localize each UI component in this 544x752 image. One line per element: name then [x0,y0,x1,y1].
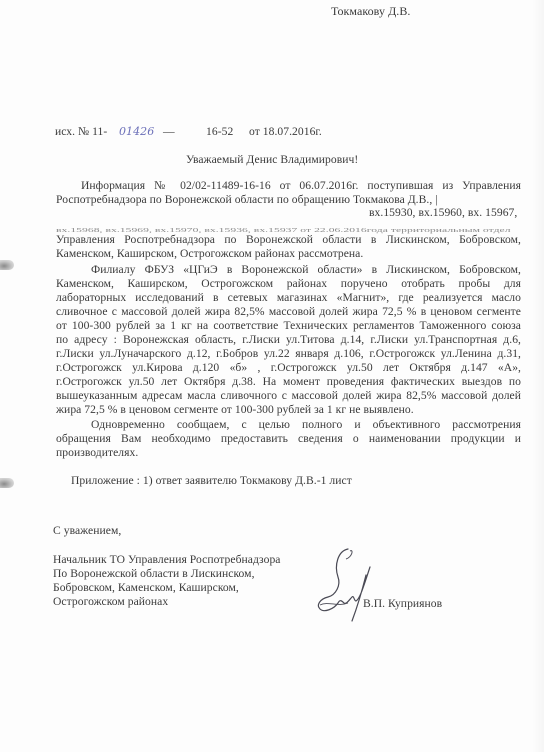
attachment-note: Приложение : 1) ответ заявителю Токмаков… [71,474,352,488]
paragraph-1-line: вх.15968, вх.15969, вх.15970, вх.15936, … [56,220,511,234]
paragraph-2-line: вышеуказанным адресам масла сливочного с… [56,389,521,403]
paragraph-3-line: Одновременно сообщаем, с целью полного и… [91,418,521,432]
paragraph-1-line: вх.15930, вх.15960, вх. 15967, [369,206,517,220]
paragraph-2-line: Филиалу ФБУЗ «ЦГиЭ в Воронежской области… [91,263,521,277]
paragraph-2-line: г.Острогожск ул.50 лет Октября д.38. На … [56,375,521,389]
paragraph-2-line: г.Лиски ул.Луначарского д.12, г.Бобров у… [56,347,521,361]
paragraph-2-line: г.Острогожск ул.Кирова д.120 «б» , г.Ост… [56,361,521,375]
paragraph-2-line: сливочное с массовой долей жира 82,5% ма… [56,305,521,319]
closing: С уважением, [53,524,121,538]
paragraph-1-line: Каменском, Каширском, Острогожском район… [56,247,363,261]
signatory-title-line: Бобровском, Каменском, Каширском, [53,581,239,595]
paragraph-1-line: Управления Роспотребнадзора по Воронежск… [56,233,521,247]
punch-hole-bottom [0,478,14,488]
punch-hole-top [0,260,14,270]
paragraph-2-line: от 100-300 рублей за 1 кг на соответстви… [56,319,521,333]
handwritten-number: 01426 [119,125,154,139]
paragraph-2-line: по адресу : Воронежская область, г.Лиски… [56,333,521,347]
paragraph-2-line: лабораторных исследований в сетевых мага… [56,291,521,305]
addressee: Токмакову Д.В. [331,4,410,18]
paragraph-2-line: жира 72,5 % в ценовом сегменте от 100-30… [56,403,414,417]
salutation: Уважаемый Денис Владимирович! [186,153,358,167]
paragraph-3-line: обращения Вам необходимо предоставить св… [56,432,521,446]
outgoing-dash: — [163,125,175,139]
signatory-title-line: Острогожском районах [53,595,168,609]
paragraph-1-line: Роспотребнадзора по Воронежской области … [56,193,438,207]
scanned-letter-page: Токмакову Д.В. исх. № 11- 01426 — 16-52 … [0,0,544,752]
outgoing-date: от 18.07.2016г. [249,125,322,139]
outgoing-prefix: исх. № 11- [55,125,107,139]
page-edge-shadow [532,0,544,752]
signatory-title-line: По Воронежской области в Лискинском, [53,567,255,581]
paragraph-2-line: Каменском, Каширском, Острогожском район… [56,277,521,291]
signatory-title-line: Начальник ТО Управления Роспотребнадзора [53,553,281,567]
paragraph-3-line: производителях. [56,446,138,460]
outgoing-code: 16-52 [206,125,233,139]
paragraph-1-line: Информация № 02/02-11489-16-16 от 06.07.… [81,179,521,193]
handwritten-signature-icon [308,545,378,625]
